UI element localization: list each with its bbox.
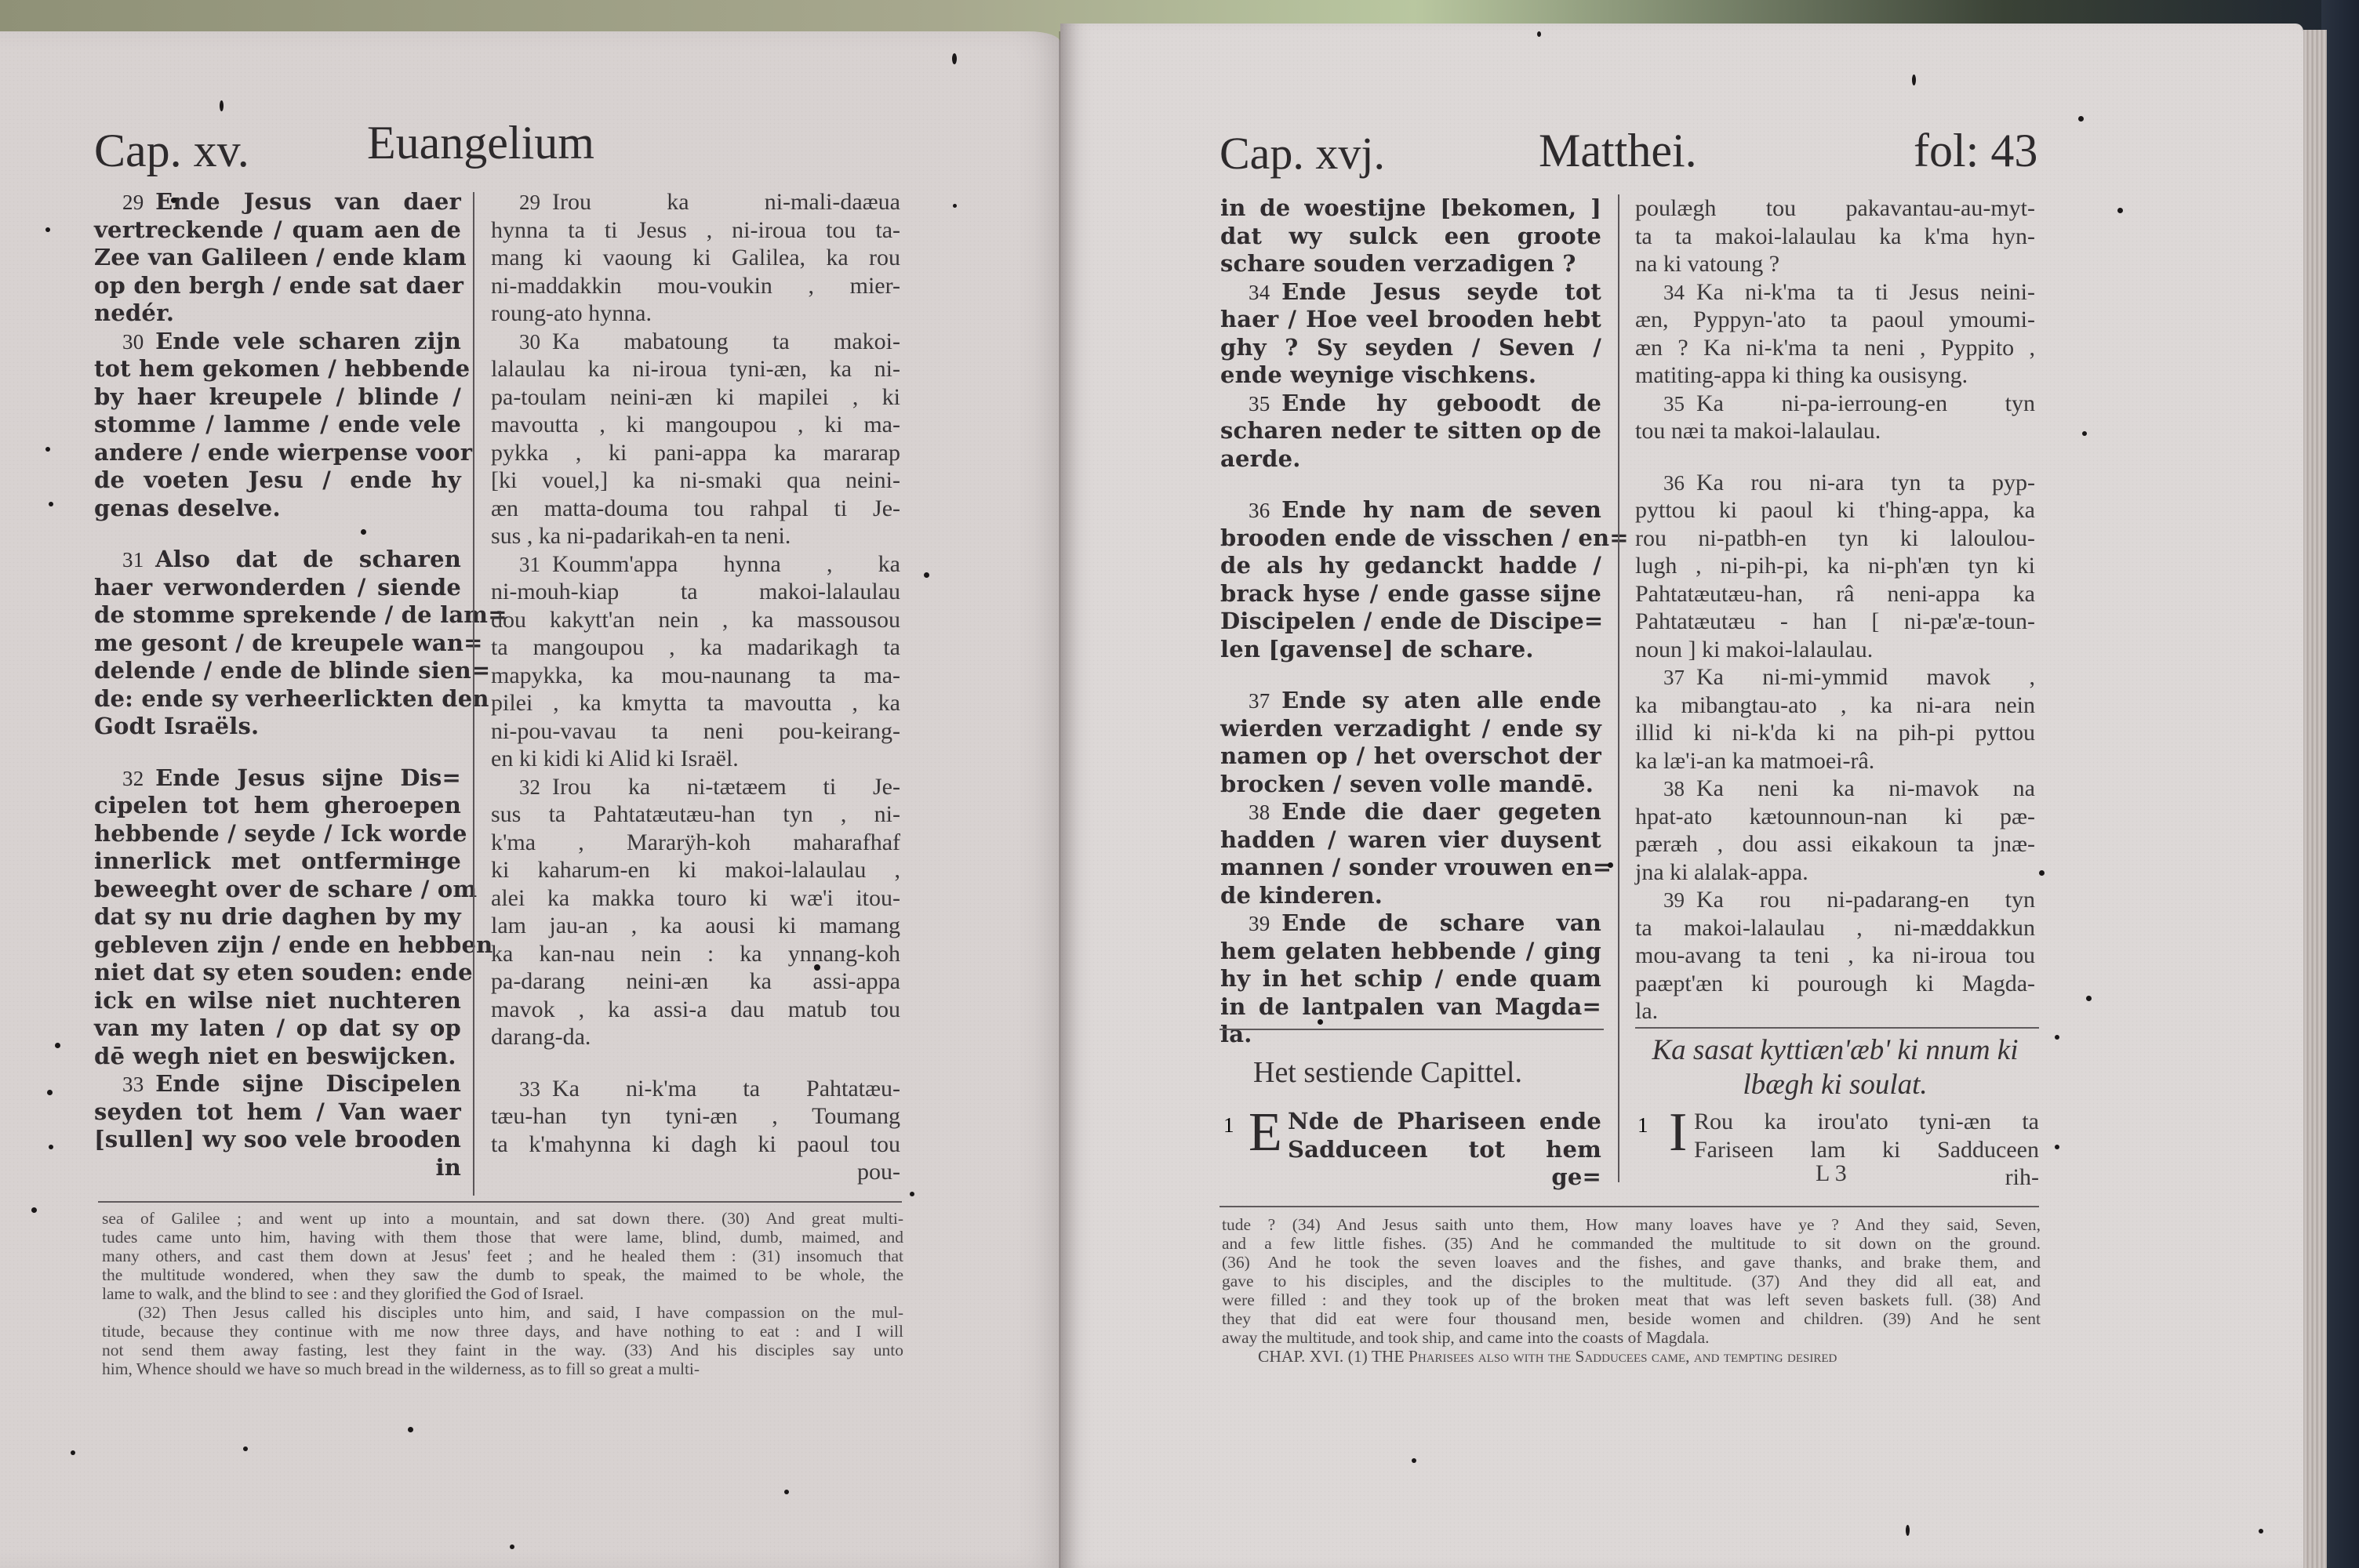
verse-number: 37 [1249, 689, 1270, 713]
footnote-left: sea of Galilee ; and went up into a moun… [102, 1209, 903, 1378]
text-line: 31 Also dat de scharen [94, 546, 461, 574]
text-line: na ki vatoung ? [1635, 250, 2035, 278]
text-line: gebleven zijn / ende en hebben [94, 931, 461, 960]
text-line: de: ende sy verheerlickten den [94, 685, 461, 713]
text-line: in de lantpalen van Magda= [1220, 993, 1601, 1022]
ink-speck [49, 1145, 53, 1149]
verse-text: k'ma , Mararÿh-koh maharafhaf [491, 829, 900, 855]
verse-text: pou- [857, 1159, 900, 1185]
folio-number: fol: 43 [1914, 124, 2037, 178]
text-line: Pahtatæutæu-han, râ neni-appa ka [1635, 580, 2035, 608]
footnote-right: tude ? (34) And Jesus saith unto them, H… [1222, 1215, 2041, 1366]
verse-text: Ende sy aten alle ende [1281, 687, 1601, 713]
text-line: genas deselve. [94, 495, 461, 523]
text-line: de stomme sprekende / de lam= [94, 601, 461, 630]
text-line: æn ? Ka ni-k'ma ta neni , Pyppito , [1635, 334, 2035, 362]
chapter-title-formosan: Ka sasat kyttiæn'æb' ki nnum ki lbægh ki… [1631, 1033, 2039, 1102]
text-line: 37 Ka ni-mi-ymmid mavok , [1635, 663, 2035, 691]
text-line: hpat-ato kætounnoun-nan ki pæ- [1635, 803, 2035, 831]
text-line: ni-mouh-kiap ta makoi-lalaulau [491, 578, 900, 606]
page-edges [2303, 30, 2327, 1568]
footnote-rule-right [1219, 1206, 2039, 1207]
verse-text: ni-mouh-kiap ta makoi-lalaulau [491, 579, 900, 604]
verse-number: 38 [1249, 800, 1270, 824]
text-line: 30 Ende vele scharen zijn [94, 328, 461, 356]
footnote-line: the multitude wondered, when they saw th… [102, 1265, 903, 1284]
verse-number: 36 [1663, 471, 1685, 495]
ink-speck [510, 1544, 514, 1549]
verse-gap [94, 741, 461, 764]
text-line: ick en wilse niet nuchteren [94, 987, 461, 1015]
verse-gap [491, 1051, 900, 1075]
verse-text: van my laten / op dat sy op [94, 1014, 461, 1041]
dutch-column-right: in de woestijne [bekomen, ]dat wy sulck … [1220, 194, 1601, 1049]
footnote-line: away the multitude, and took ship, and c… [1222, 1328, 2041, 1347]
text-line: matiting-appa ki thing ka ousisyng. [1635, 361, 2035, 390]
verse-text: Ende Jesus sijne Dis= [155, 764, 461, 791]
verse-text: tæu-han tyn tyni-æn , Toumang [491, 1103, 900, 1129]
verse-text: ka læ'i-an ka matmoei-râ. [1635, 748, 1874, 774]
verse-text: delende / ende de blinde sien= [94, 657, 490, 684]
text-line: haer / Hoe veel brooden hebt [1220, 306, 1601, 334]
ink-speck [1912, 74, 1916, 85]
text-line: 31 Koumm'appa hynna , ka [491, 550, 900, 579]
verse-text: Ka rou ni-ara tyn ta pyp- [1696, 470, 2035, 495]
text-line: illid ki ni-k'da ki na pih-pi pyttou [1635, 719, 2035, 747]
text-line: tot hem gekomen / hebbende [94, 355, 461, 383]
text-line: Nde de Phariseen ende [1288, 1108, 1601, 1136]
text-line: ka læ'i-an ka matmoei-râ. [1635, 747, 2035, 775]
verse-text: noun ] ki makoi-lalaulau. [1635, 637, 1873, 662]
verse-number: 31 [122, 548, 144, 572]
ink-speck [952, 53, 957, 64]
text-line: 38 Ende die daer gegeten [1220, 798, 1601, 826]
text-line: nedér. [94, 299, 461, 328]
ink-speck [953, 204, 957, 208]
ink-speck [1537, 31, 1541, 37]
text-line: tou næi ta makoi-lalaulau. [1635, 417, 2035, 445]
verse-text: dat sy nu drie daghen by my [94, 903, 461, 930]
ink-speck [2055, 1145, 2059, 1149]
ink-speck [2082, 431, 2087, 436]
text-line: by haer kreupele / blinde / [94, 383, 461, 412]
verse-text: Zee van Galileen / ende klam [94, 244, 467, 270]
verse-text: tot hem gekomen / hebbende [94, 355, 470, 382]
text-line: Pahtatæutæu - han [ ni-pæ'æ-toun- [1635, 608, 2035, 636]
running-head-chapter-right: Cap. xvj. [1219, 127, 1385, 180]
verse-text: en ki kidi ki Alid ki Israël. [491, 746, 739, 771]
verse-text: Ende die daer gegeten [1281, 798, 1601, 825]
footnote-line: not send them away fasting, lest they fa… [102, 1341, 903, 1359]
text-line: de kinderen. [1220, 882, 1601, 910]
verse-text: mang ki vaoung ki Galilea, ka rou [491, 245, 900, 270]
verse-text: æn ? Ka ni-k'ma ta neni , Pyppito , [1635, 335, 2035, 361]
text-line: cipelen tot hem gheroepen [94, 792, 461, 820]
verse-number: 33 [122, 1073, 144, 1096]
text-line: Zee van Galileen / ende klam [94, 244, 461, 272]
text-line: ghy ? Sy seyden / Seven / [1220, 334, 1601, 362]
text-line: mannen / sonder vrouwen en= [1220, 854, 1601, 882]
verse-text: mavok , ka assi-a dau matub tou [491, 996, 900, 1022]
verse-number: 1 [1637, 1113, 1648, 1138]
verse-text: pyttou ki paoul ki t'hing-appa, ka [1635, 497, 2035, 523]
text-line: hynna ta ti Jesus , ni-iroua tou ta- [491, 216, 900, 245]
text-line: Godt Israëls. [94, 713, 461, 741]
text-line: ka kan-nau nein : ka ynnang-koh [491, 940, 900, 968]
verse-text: alei ka makka touro ki wæ'i itou- [491, 885, 900, 911]
verse-text: dat wy sulck een groote [1220, 223, 1601, 249]
footnote-line: (36) And he took the seven loaves and th… [1222, 1253, 2041, 1272]
ink-speck [171, 198, 176, 203]
ink-speck [55, 1043, 60, 1048]
ink-speck [2078, 116, 2084, 122]
column-divider-right [1618, 194, 1619, 1182]
text-line: ta k'mahynna ki dagh ki paoul tou [491, 1131, 900, 1159]
text-line: de als hy gedanckt hadde / [1220, 552, 1601, 580]
verse-text: by haer kreupele / blinde / [94, 383, 461, 410]
text-line: brack hyse / ende gasse sijne [1220, 580, 1601, 608]
text-line: en ki kidi ki Alid ki Israël. [491, 745, 900, 773]
verse-text: hy in het schip / ende quam [1220, 965, 1601, 992]
dutch-verse-1: Nde de Phariseen ende Sadduceen tot hem … [1288, 1108, 1601, 1192]
text-line: pa-toulam neini-æn ki mapilei , ki [491, 383, 900, 412]
text-line: 39 Ende de schare van [1220, 909, 1601, 938]
text-line: andere / ende wierpense voor [94, 439, 461, 467]
verse-text: ka kan-nau nein : ka ynnang-koh [491, 941, 900, 967]
verse-text: Koumm'appa hynna , ka [552, 551, 900, 577]
formosan-column-left: 29 Irou ka ni-mali-daæuahynna ta ti Jesu… [491, 188, 900, 1186]
formosan-column-right: poulægh tou pakavantau-au-myt-ta ta mako… [1635, 194, 2035, 1025]
verse-text: ick en wilse niet nuchteren [94, 987, 461, 1014]
verse-text: pa-darang neini-æn ka assi-appa [491, 968, 900, 994]
verse-text: ta ta makoi-lalaulau ka k'ma hyn- [1635, 223, 2035, 249]
text-line: æn matta-douma tou rahpal ti Je- [491, 495, 900, 523]
text-line: pou- [491, 1158, 900, 1186]
verse-text: ka mibangtau-ato , ka ni-ara nein [1635, 692, 2035, 718]
text-line: tæu-han tyn tyni-æn , Toumang [491, 1102, 900, 1131]
verse-text: ki kaharum-en ki makoi-lalaulau , [491, 857, 900, 883]
verse-text: haer verwonderden / siende [94, 574, 461, 601]
verse-text: innerlick met ontfermінge [94, 848, 461, 874]
verse-gap [1220, 663, 1601, 687]
verse-text: ende weynige vischkens. [1220, 361, 1536, 388]
verse-text: sus , ka ni-padarikah-en ta neni. [491, 523, 791, 549]
verse-text: dē wegh niet en beswijcken. [94, 1043, 456, 1069]
footnote-line: him, Whence should we have so much bread… [102, 1359, 903, 1378]
footnote-line: sea of Galilee ; and went up into a moun… [102, 1209, 903, 1228]
verse-number: 29 [122, 191, 144, 214]
verse-number: 33 [519, 1077, 540, 1101]
text-line: mou-avang ta teni , ka ni-iroua tou [1635, 942, 2035, 970]
verse-text: pa-toulam neini-æn ki mapilei , ki [491, 384, 900, 410]
verse-text: wierden verzadight / ende sy [1220, 715, 1601, 742]
verse-text: la. [1635, 998, 1658, 1024]
text-line: jna ki alalak-appa. [1635, 858, 2035, 887]
verse-number: 29 [519, 191, 540, 214]
verse-text: hynna ta ti Jesus , ni-iroua tou ta- [491, 217, 900, 243]
verse-text: sus ta Pahtatæutæu-han tyn , ni- [491, 801, 900, 827]
ink-speck [220, 100, 224, 111]
text-line: innerlick met ontfermінge [94, 848, 461, 876]
verse-text: pilei , ka kmytta ta mavoutta , ka [491, 690, 900, 716]
ink-speck [49, 502, 53, 506]
verse-number: 30 [122, 330, 144, 354]
running-head-title-left: Euangelium [367, 116, 594, 170]
chapter-rule-dutch [1219, 1029, 1604, 1030]
verse-text: hem gelaten hebbende / ging [1220, 938, 1601, 964]
text-line: darang-da. [491, 1023, 900, 1051]
text-line: brocken / seven volle mandē. [1220, 771, 1601, 799]
verse-text: hadden / waren vier duysent [1220, 826, 1601, 853]
verse-text: Ende Jesus seyde tot [1281, 278, 1601, 305]
text-line: 38 Ka neni ka ni-mavok na [1635, 775, 2035, 803]
verse-text: nedér. [94, 299, 174, 326]
text-line: ki kaharum-en ki makoi-lalaulau , [491, 856, 900, 884]
text-line: seyden tot hem / Van waer [94, 1098, 461, 1127]
verse-text: la. [1220, 1021, 1252, 1047]
verse-text: Ende sijne Discipelen [155, 1070, 461, 1097]
verse-text: na ki vatoung ? [1635, 251, 1779, 277]
text-line: me gesont / de kreupele wan= [94, 630, 461, 658]
ink-speck [1608, 862, 1613, 868]
verse-text: de als hy gedanckt hadde / [1220, 552, 1601, 579]
dropcap-dutch: E [1249, 1105, 1282, 1160]
footnote-line: gave to his disciples, and the disciples… [1222, 1272, 2041, 1290]
footnote-line: tudes came unto him, having with them th… [102, 1228, 903, 1247]
verse-text: tou næi ta makoi-lalaulau. [1635, 418, 1881, 444]
text-line: ge= [1288, 1163, 1601, 1192]
verse-text: seyden tot hem / Van waer [94, 1098, 461, 1125]
text-line: de voeten Jesu / ende hy [94, 466, 461, 495]
footnote-line: were filled : and they took up of the br… [1222, 1290, 2041, 1309]
ink-speck [243, 1446, 248, 1451]
verse-text: Ende vele scharen zijn [155, 328, 461, 354]
verse-text: de: ende sy verheerlickten den [94, 685, 489, 712]
verse-number: 30 [519, 330, 540, 354]
verse-text: schare souden verzadigen ? [1220, 250, 1576, 277]
text-line: 29 Ende Jesus van daer [94, 188, 461, 216]
verse-text: matiting-appa ki thing ka ousisyng. [1635, 362, 1968, 388]
text-line: ka mibangtau-ato , ka ni-ara nein [1635, 691, 2035, 720]
text-line: 35 Ende hy geboodt de [1220, 390, 1601, 418]
text-line: ta mangoupou , ka madarikagh ta [491, 633, 900, 662]
verse-text: brack hyse / ende gasse sijne [1220, 580, 1601, 607]
verse-text: æn matta-douma tou rahpal ti Je- [491, 495, 900, 521]
text-line: rou ni-patbh-en tyn ki laloulou- [1635, 524, 2035, 553]
ink-speck [1906, 1525, 1910, 1536]
verse-text: Ende hy geboodt de [1281, 390, 1601, 416]
verse-text: æn, Pyppyn-'ato ta paoul ymoumi- [1635, 307, 2035, 332]
verse-number: 38 [1663, 777, 1685, 800]
verse-text: ta mangoupou , ka madarikagh ta [491, 634, 900, 660]
verse-gap [1220, 473, 1601, 496]
text-line: lalaulau ka ni-iroua tyni-æn, ka ni- [491, 355, 900, 383]
text-line: 37 Ende sy aten alle ende [1220, 687, 1601, 715]
verse-text: andere / ende wierpense voor [94, 439, 472, 466]
text-line: ta makoi-lalaulau , ni-mæddakkun [1635, 914, 2035, 942]
text-line: in de woestijne [bekomen, ] [1220, 194, 1601, 223]
verse-text: brocken / seven volle mandē. [1220, 771, 1594, 797]
verse-text: pæræh , dou assi eikakoun ta jnæ- [1635, 831, 2035, 857]
text-line: wierden verzadight / ende sy [1220, 715, 1601, 743]
verse-text: darang-da. [491, 1024, 591, 1050]
text-line: pa-darang neini-æn ka assi-appa [491, 967, 900, 996]
verse-text: in [435, 1154, 461, 1181]
verse-text: cipelen tot hem gheroepen [94, 792, 461, 818]
verse-text: Discipelen / ende de Discipe= [1220, 608, 1603, 634]
verse-text: Irou ka ni-tætæem ti Je- [552, 774, 900, 800]
text-line: 35 Ka ni-pa-ierroung-en tyn [1635, 390, 2035, 418]
verse-text: in de woestijne [bekomen, ] [1220, 194, 1601, 221]
text-line: [ki vouel,] ka ni-smaki qua neini- [491, 466, 900, 495]
verse-text: ta makoi-lalaulau , ni-mæddakkun [1635, 915, 2035, 941]
verse-text: pykka , ki pani-appa ka mararap [491, 440, 900, 466]
text-line: 33 Ende sijne Discipelen [94, 1070, 461, 1098]
verse-text: Ende Jesus van daer [155, 188, 461, 215]
ink-speck [2086, 996, 2092, 1001]
text-line: sus ta Pahtatæutæu-han tyn , ni- [491, 800, 900, 829]
text-line: Discipelen / ende de Discipe= [1220, 608, 1601, 636]
verse-text: Godt Israëls. [94, 713, 259, 739]
text-line: k'ma , Mararÿh-koh maharafhaf [491, 829, 900, 857]
verse-text: de kinderen. [1220, 882, 1383, 909]
verse-text: lugh , ni-pih-pi, ka ni-ph'æn tyn ki [1635, 553, 2035, 579]
footnote-rule-left [98, 1201, 902, 1203]
text-line: 32 Irou ka ni-tætæem ti Je- [491, 773, 900, 801]
verse-number: 39 [1663, 888, 1685, 912]
text-line: hebbende / seyde / Ick worde [94, 820, 461, 848]
text-line: hy in het schip / ende quam [1220, 965, 1601, 993]
column-divider-left [473, 192, 474, 1196]
text-line: 34 Ende Jesus seyde tot [1220, 278, 1601, 307]
verse-text: Ka neni ka ni-mavok na [1696, 775, 2035, 801]
verse-text: de voeten Jesu / ende hy [94, 466, 461, 493]
verse-text: Ka mabatoung ta makoi- [552, 328, 900, 354]
verse-text: Pahtatæutæu - han [ ni-pæ'æ-toun- [1635, 608, 2035, 634]
text-line: Rou ka irou'ato tyni-æn ta [1694, 1108, 2039, 1136]
ink-speck [47, 1090, 53, 1095]
text-line: hadden / waren vier duysent [1220, 826, 1601, 855]
text-line: scharen neder te sitten op de [1220, 417, 1601, 445]
text-line: 34 Ka ni-k'ma ta ti Jesus neini- [1635, 278, 2035, 307]
verse-text: genas deselve. [94, 495, 281, 521]
running-head-title-right: Matthei. [1539, 124, 1697, 178]
chapter-title-formosan-line-2: lbægh ki soulat. [1631, 1068, 2039, 1102]
text-line: vertreckende / quam aen de [94, 216, 461, 245]
text-line: dat sy nu drie daghen by my [94, 903, 461, 931]
verse-text: Ka ni-pa-ierroung-en tyn [1696, 390, 2035, 416]
verse-text: dou kakytt'an nein , ka massousou [491, 607, 900, 633]
text-line: stomme / lamme / ende vele [94, 411, 461, 439]
text-line: delende / ende de blinde sien= [94, 657, 461, 685]
text-line: pykka , ki pani-appa ka mararap [491, 439, 900, 467]
verse-text: ta k'mahynna ki dagh ki paoul tou [491, 1131, 900, 1157]
ink-speck [1318, 1019, 1323, 1025]
verse-number: 36 [1249, 499, 1270, 522]
verse-text: len [gavense] de schare. [1220, 636, 1534, 662]
text-line: noun ] ki makoi-lalaulau. [1635, 636, 2035, 664]
text-line: namen op / het overschot der [1220, 742, 1601, 771]
verse-text: in de lantpalen van Magda= [1220, 993, 1601, 1020]
text-line: [sullen] wy soo vele brooden [94, 1126, 461, 1154]
verse-text: haer / Hoe veel brooden hebt [1220, 306, 1601, 332]
verse-text: roung-ato hynna. [491, 300, 652, 326]
footnote-line: lame to walk, and the blind to see : and… [102, 1284, 903, 1303]
footnote-line: tude ? (34) And Jesus saith unto them, H… [1222, 1215, 2041, 1234]
text-line: aerde. [1220, 445, 1601, 474]
verse-text: Ende de schare van [1281, 909, 1601, 936]
verse-text: ghy ? Sy seyden / Seven / [1220, 334, 1601, 361]
text-line: 36 Ka rou ni-ara tyn ta pyp- [1635, 469, 2035, 497]
verse-gap [94, 522, 461, 546]
text-line: op den bergh / ende sat daer [94, 272, 461, 300]
ink-speck [31, 1207, 37, 1213]
verse-number: 39 [1249, 912, 1270, 935]
text-line: brooden ende de visschen / en= [1220, 524, 1601, 553]
text-line: æn, Pyppyn-'ato ta paoul ymoumi- [1635, 306, 2035, 334]
text-line: Sadduceen tot hem [1288, 1136, 1601, 1164]
chapter-rule-formosan [1635, 1027, 2039, 1029]
formosan-verse-1: Rou ka irou'ato tyni-æn ta Fariseen lam … [1694, 1108, 2039, 1192]
text-line: 32 Ende Jesus sijne Dis= [94, 764, 461, 793]
footnote-line: titude, because they continue with me no… [102, 1322, 903, 1341]
ink-speck [45, 227, 50, 232]
footnote-line: and a few little fishes. (35) And he com… [1222, 1234, 2041, 1253]
book-cover-edge [2321, 0, 2359, 1568]
ink-speck [1412, 1458, 1416, 1463]
verse-number: 35 [1249, 392, 1270, 416]
verse-text: jna ki alalak-appa. [1635, 859, 1808, 885]
ink-speck [2055, 1035, 2059, 1040]
verse-text: paæpt'æn ki pourough ki Magda- [1635, 971, 2035, 996]
ink-speck [71, 1450, 75, 1455]
text-line: beweeght over de schare / om [94, 876, 461, 904]
text-line: dat wy sulck een groote [1220, 223, 1601, 251]
verse-text: ni-pou-vavau ta neni pou-keirang- [491, 718, 900, 744]
text-line: mapykka, ka mou-naunang ta ma- [491, 662, 900, 690]
text-line: ende weynige vischkens. [1220, 361, 1601, 390]
footnote-line: (32) Then Jesus called his disciples unt… [102, 1303, 903, 1322]
text-line: hem gelaten hebbende / ging [1220, 938, 1601, 966]
ink-speck [45, 447, 50, 452]
ink-speck [784, 1490, 789, 1494]
verse-text: hpat-ato kætounnoun-nan ki pæ- [1635, 804, 2035, 829]
text-line: lam jau-an , ka aousi ki mamang [491, 912, 900, 940]
verse-gap [1635, 445, 2035, 469]
verse-text: aerde. [1220, 445, 1301, 472]
text-line: mavoutta , ki mangoupou , ki ma- [491, 411, 900, 439]
text-line: haer verwonderden / siende [94, 574, 461, 602]
dutch-column-left: 29 Ende Jesus van daervertreckende / qua… [94, 188, 461, 1181]
verse-text: op den bergh / ende sat daer [94, 272, 463, 299]
verse-number: 34 [1249, 281, 1270, 304]
verse-text: Irou ka ni-mali-daæua [552, 189, 900, 215]
signature-mark: L 3 [1816, 1160, 1847, 1187]
text-line: la. [1220, 1021, 1601, 1049]
text-line: Fariseen lam ki Sadduceen [1694, 1136, 2039, 1164]
ink-speck [2259, 1529, 2263, 1534]
text-line: poulægh tou pakavantau-au-myt- [1635, 194, 2035, 223]
verse-text: Ka ni-k'ma ta Pahtatæu- [552, 1076, 900, 1102]
text-line: rih- [1694, 1163, 2039, 1192]
chapter-title-formosan-line-1: Ka sasat kyttiæn'æb' ki nnum ki [1631, 1033, 2039, 1068]
text-line: la. [1635, 997, 2035, 1025]
verse-text: me gesont / de kreupele wan= [94, 630, 483, 656]
verse-text: Ka ni-mi-ymmid mavok , [1696, 664, 2035, 690]
verse-text: de stomme sprekende / de lam= [94, 601, 507, 628]
chapter-title-dutch: Het sestiende Capittel. [1253, 1055, 1522, 1090]
running-head-chapter-left: Cap. xv. [94, 124, 249, 178]
